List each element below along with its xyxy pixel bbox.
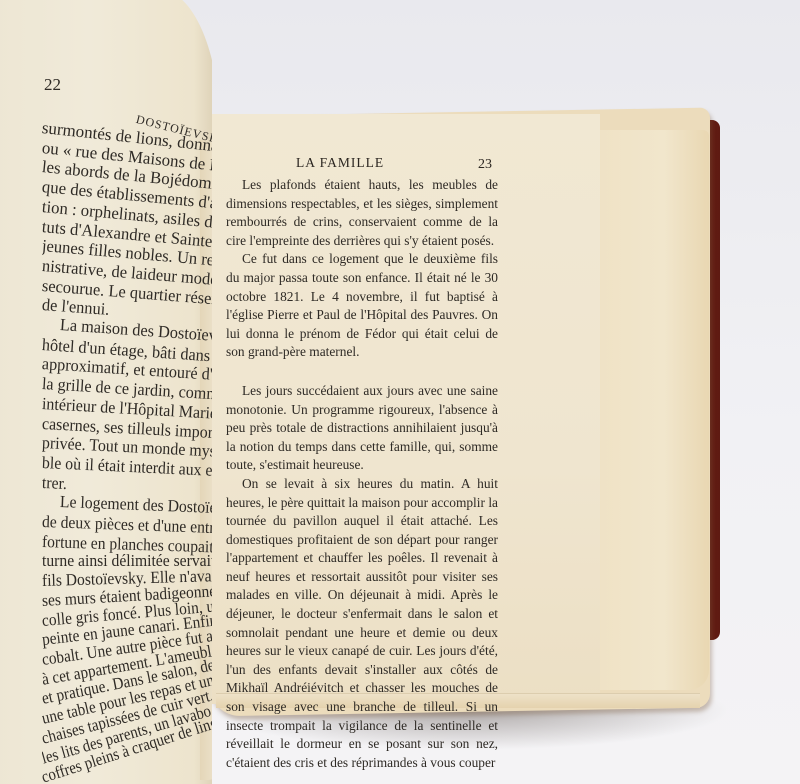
paragraph: Ce fut dans ce logement que le deuxième … <box>226 250 498 362</box>
book-photo: LA FAMILLE 23 Les plafonds étaient hauts… <box>0 0 800 784</box>
page-number-right: 23 <box>478 157 492 173</box>
page-number-left: 22 <box>44 75 61 95</box>
paragraph: Les plafonds étaient hauts, les meubles … <box>226 176 498 250</box>
folded-page-edge <box>596 130 709 690</box>
left-page-clip: 22 DOSTOÏEVSKY surmontés de lions, donna… <box>0 0 212 784</box>
right-page-text: Les plafonds étaient hauts, les meubles … <box>226 176 498 772</box>
running-head-right: LA FAMILLE <box>296 155 384 171</box>
paragraph: On se levait à six heures du matin. A hu… <box>226 475 498 773</box>
paragraph: Les jours succédaient aux jours avec une… <box>226 382 498 475</box>
left-page-text: surmontés de lions, donnait sur laou « r… <box>42 118 212 784</box>
